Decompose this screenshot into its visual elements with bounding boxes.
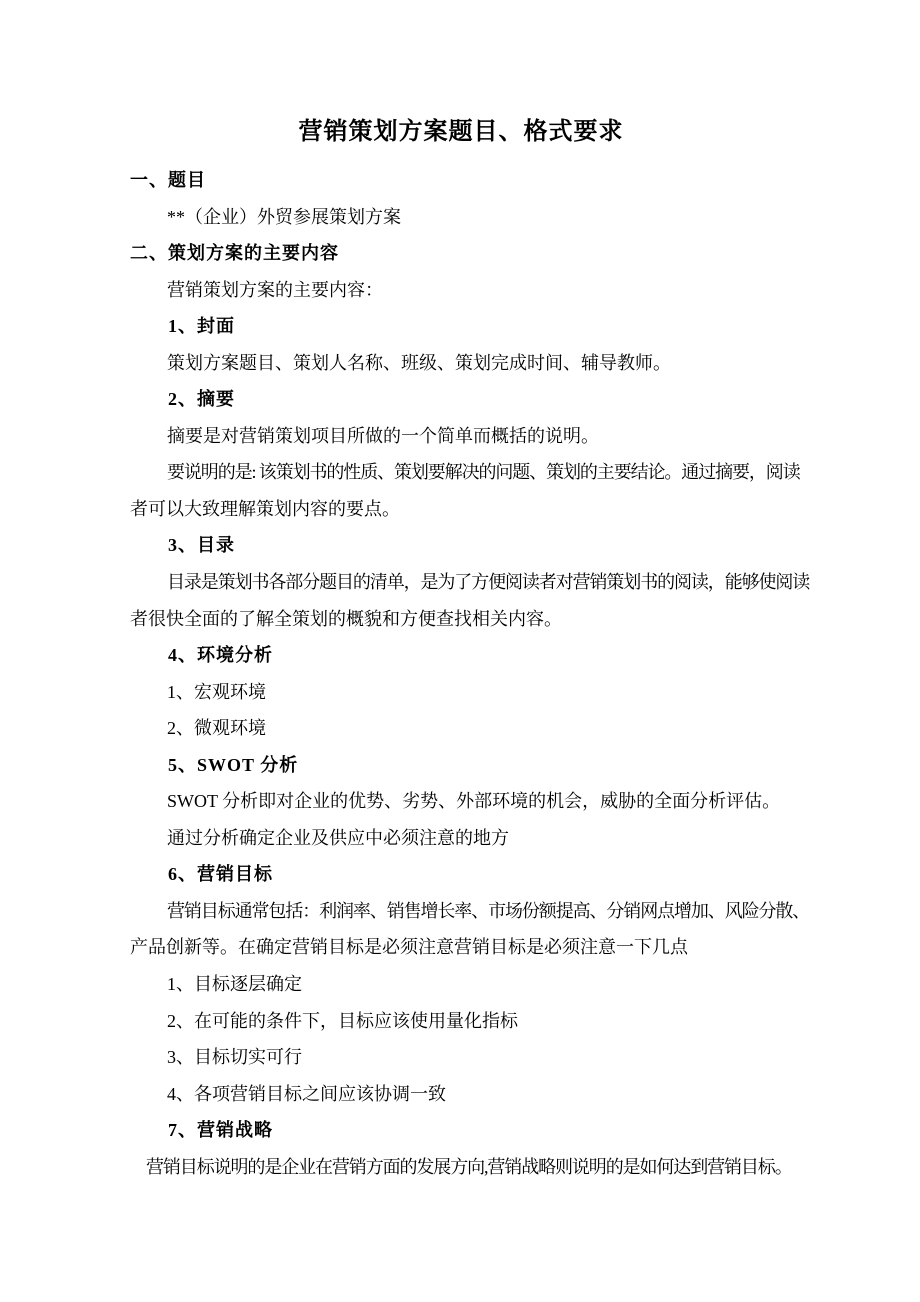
text-env-micro: 2、微观环境 — [130, 716, 792, 753]
text-env-macro: 1、宏观环境 — [130, 680, 792, 717]
text-abstract-desc-1: 摘要是对营销策划项目所做的一个简单而概括的说明。 — [130, 424, 792, 461]
text-goal-rule-4: 4、各项营销目标之间应该协调一致 — [130, 1082, 792, 1119]
text-goals-desc-2: 产品创新等。在确定营销目标是必须注意营销目标是必须注意一下几点 — [130, 935, 792, 972]
text-goal-rule-1: 1、目标逐层确定 — [130, 972, 792, 1009]
text-swot-desc-1: SWOT 分析即对企业的优势、劣势、外部环境的机会，威胁的全面分析评估。 — [130, 789, 792, 826]
text-goal-rule-2: 2、在可能的条件下，目标应该使用量化指标 — [130, 1009, 792, 1046]
document-body: 一、题目 **（企业）外贸参展策划方案 二、策划方案的主要内容 营销策划方案的主… — [130, 168, 792, 1191]
heading-item-2-abstract: 2、摘要 — [130, 387, 792, 424]
heading-section-1-timu: 一、题目 — [130, 168, 792, 205]
text-abstract-desc-3: 者可以大致理解策划内容的要点。 — [130, 497, 792, 534]
text-goals-desc-1: 营销目标通常包括：利润率、销售增长率、市场份额提高、分销网点增加、风险分散、 — [130, 899, 792, 936]
text-strategy-desc: 营销目标说明的是企业在营销方面的发展方向,营销战略则说明的是如何达到营销目标。 — [130, 1155, 792, 1192]
text-proposal-title: **（企业）外贸参展策划方案 — [130, 205, 792, 242]
text-toc-desc-2: 者很快全面的了解全策划的概貌和方便查找相关内容。 — [130, 607, 792, 644]
heading-item-3-toc: 3、目录 — [130, 533, 792, 570]
text-abstract-desc-2: 要说明的是: 该策划书的性质、策划要解决的问题、策划的主要结论。通过摘要，阅读 — [130, 460, 792, 497]
text-goal-rule-3: 3、目标切实可行 — [130, 1045, 792, 1082]
document-title: 营销策划方案题目、格式要求 — [130, 0, 792, 148]
text-toc-desc-1: 目录是策划书各部分题目的清单，是为了方便阅读者对营销策划书的阅读，能够使阅读 — [130, 570, 792, 607]
heading-section-2-main-content: 二、策划方案的主要内容 — [130, 241, 792, 278]
heading-item-5-swot: 5、SWOT 分析 — [130, 753, 792, 790]
text-cover-desc: 策划方案题目、策划人名称、班级、策划完成时间、辅导教师。 — [130, 351, 792, 388]
document-page: 营销策划方案题目、格式要求 一、题目 **（企业）外贸参展策划方案 二、策划方案… — [0, 0, 920, 1302]
text-main-content-intro: 营销策划方案的主要内容： — [130, 278, 792, 315]
heading-item-1-cover: 1、封面 — [130, 314, 792, 351]
heading-item-4-env-analysis: 4、环境分析 — [130, 643, 792, 680]
heading-item-7-marketing-strategy: 7、营销战略 — [130, 1118, 792, 1155]
heading-item-6-marketing-goals: 6、营销目标 — [130, 862, 792, 899]
text-swot-desc-2: 通过分析确定企业及供应中必须注意的地方 — [130, 826, 792, 863]
